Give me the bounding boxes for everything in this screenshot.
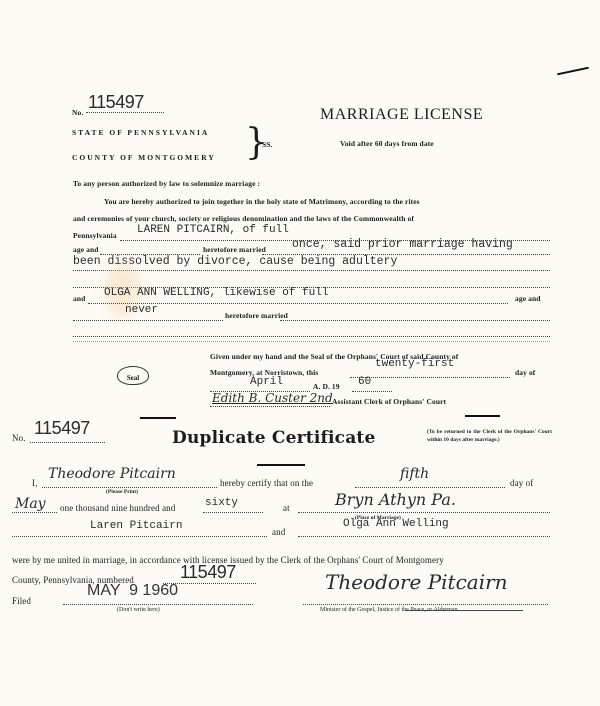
- certify-text: hereby certify that on the: [220, 478, 313, 488]
- license-subtitle: Void after 60 days from date: [340, 139, 434, 148]
- bride-status: never: [125, 304, 158, 316]
- license-day: twenty-first: [375, 358, 454, 370]
- blank-line-2: [73, 336, 550, 337]
- at-label: at: [283, 503, 290, 513]
- filed-line: [63, 604, 253, 605]
- license-title: MARRIAGE LICENSE: [320, 106, 483, 124]
- officiant-line: [42, 487, 217, 488]
- bride-status-rest-line: [280, 320, 550, 321]
- officiant-signature: Theodore Pitcairn: [325, 570, 508, 594]
- filed-date-stamp: MAY 9 1960: [87, 582, 178, 600]
- cert-day-of-label: day of: [510, 478, 533, 488]
- license-year: 60: [358, 376, 371, 388]
- pennsylvania-label: Pennsylvania: [73, 231, 117, 240]
- certificate-note: (To be returned to the Clerk of the Orph…: [427, 428, 552, 444]
- body-line-1: You are hereby authorized to join togeth…: [104, 197, 420, 206]
- cert-and-label: and: [272, 527, 285, 537]
- i-label: I,: [32, 478, 37, 488]
- salutation: To any person authorized by law to solem…: [73, 179, 260, 188]
- groom-marriage-status: once, said prior marriage having: [292, 238, 513, 251]
- clerk-signature: Edith B. Custer 2nd: [212, 391, 333, 405]
- age-and-label: age and: [73, 245, 99, 254]
- day-line: [350, 377, 510, 378]
- age-and-label-2: age and: [515, 294, 541, 303]
- year-text: one thousand nine hundred and: [60, 503, 175, 513]
- and-label: and: [73, 294, 85, 303]
- status-cont-line: [73, 270, 550, 271]
- certificate-license-number: 115497: [180, 562, 236, 583]
- strikethrough: [405, 610, 523, 611]
- divider-right: [465, 415, 500, 417]
- license-number: 115497: [88, 92, 144, 113]
- heretofore-married-label-2: heretofore married: [225, 311, 288, 320]
- certificate-month: May: [15, 496, 46, 512]
- cert-groom-line: [12, 536, 267, 537]
- license-number-label: No.: [72, 108, 83, 117]
- signature-line: [303, 604, 548, 605]
- license-number-line: [86, 112, 164, 113]
- cert-year-line: [203, 512, 263, 513]
- cert-month-line: [12, 512, 57, 513]
- license-month: April: [250, 376, 283, 388]
- officiant-name: Theodore Pitcairn: [48, 466, 176, 482]
- certificate-title: Duplicate Certificate: [172, 428, 375, 448]
- ad-label: A. D. 19: [313, 382, 340, 391]
- filed-label: Filed: [12, 596, 31, 606]
- blank-line-3: [73, 341, 550, 342]
- certificate-year: sixty: [205, 497, 238, 509]
- certificate-title-underline: [257, 464, 305, 466]
- body-line-2: and ceremonies of your church, society o…: [73, 214, 414, 223]
- groom-name: LAREN PITCAIRN, of full: [137, 224, 289, 236]
- cert-day-line: [355, 487, 505, 488]
- certificate-number: 115497: [34, 418, 90, 439]
- pen-mark: [557, 67, 589, 76]
- bride-name: OLGA ANN WELLING, likewise of full: [104, 287, 328, 299]
- certificate-bride: Olga Ann Welling: [343, 518, 449, 530]
- certificate-groom: Laren Pitcairn: [90, 520, 182, 532]
- place-of-marriage: Bryn Athyn Pa.: [335, 490, 456, 509]
- ss-label: SS.: [262, 140, 273, 149]
- dont-write-here: (Don't write here): [117, 607, 160, 613]
- certificate-number-label: No.: [12, 433, 26, 443]
- place-line: [298, 512, 550, 513]
- heretofore-married-label: heretofore married: [203, 245, 266, 254]
- county-line: COUNTY OF MONTGOMERY: [72, 153, 216, 162]
- clerk-line: [210, 406, 330, 407]
- please-print: (Please Print): [106, 489, 138, 495]
- year-line: [352, 391, 392, 392]
- divider-left: [140, 417, 176, 419]
- bride-status-line: [73, 320, 223, 321]
- cert-bride-line: [298, 536, 550, 537]
- clerk-title: Assistant Clerk of Orphans' Court: [332, 397, 446, 406]
- seal-emblem: Seal: [117, 366, 149, 385]
- certificate-day: fifth: [400, 466, 429, 482]
- state-line: STATE OF PENNSYLVANIA: [72, 128, 209, 137]
- day-of-label: day of: [515, 368, 535, 377]
- certificate-number-line: [30, 442, 105, 443]
- seal-label: Seal: [127, 374, 139, 382]
